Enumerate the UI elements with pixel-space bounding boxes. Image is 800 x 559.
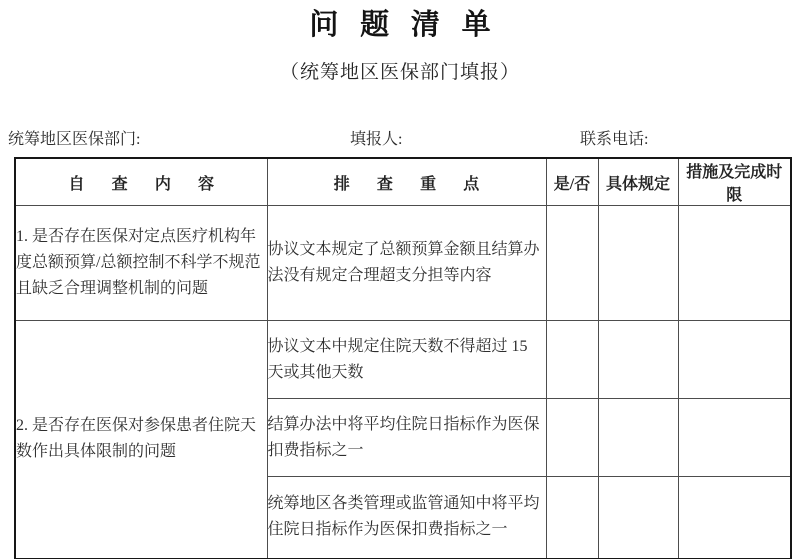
yes-no-cell bbox=[546, 321, 598, 399]
department-field-label: 统筹地区医保部门: bbox=[8, 126, 140, 149]
phone-field-label: 联系电话: bbox=[580, 126, 648, 149]
header-self-check: 自查内容 bbox=[15, 158, 267, 206]
yes-no-cell bbox=[546, 399, 598, 477]
regulation-cell bbox=[598, 477, 678, 559]
key-point-cell-2c: 统筹地区各类管理或监管通知中将平均住院日指标作为医保扣费指标之一 bbox=[267, 477, 546, 559]
page-subtitle: （统筹地区医保部门填报） bbox=[0, 57, 800, 84]
header-self-check-text: 自查内容 bbox=[68, 176, 241, 193]
yes-no-cell bbox=[546, 206, 598, 321]
header-key-points-text: 排查重点 bbox=[334, 176, 507, 193]
key-point-cell-1a: 协议文本规定了总额预算金额且结算办法没有规定合理超支分担等内容 bbox=[267, 206, 546, 321]
table-header-row: 自查内容 排查重点 是/否 具体规定 措施及完成时限 bbox=[15, 158, 791, 206]
header-yes-no: 是/否 bbox=[546, 158, 598, 206]
key-point-cell-2b: 结算办法中将平均住院日指标作为医保扣费指标之一 bbox=[267, 399, 546, 477]
regulation-cell bbox=[598, 399, 678, 477]
filler-field-label: 填报人: bbox=[350, 126, 402, 149]
table-row: 2. 是否存在医保对参保患者住院天数作出具体限制的问题 协议文本中规定住院天数不… bbox=[15, 321, 791, 399]
measures-cell bbox=[678, 206, 791, 321]
key-point-cell-2a: 协议文本中规定住院天数不得超过 15 天或其他天数 bbox=[267, 321, 546, 399]
header-regulation: 具体规定 bbox=[598, 158, 678, 206]
page-title-text: 问题清单 bbox=[309, 9, 512, 41]
regulation-cell bbox=[598, 206, 678, 321]
header-measures: 措施及完成时限 bbox=[678, 158, 791, 206]
self-check-cell-1: 1. 是否存在医保对定点医疗机构年度总额预算/总额控制不科学不规范且缺乏合理调整… bbox=[15, 206, 267, 321]
yes-no-cell bbox=[546, 477, 598, 559]
measures-cell bbox=[678, 477, 791, 559]
table-row: 1. 是否存在医保对定点医疗机构年度总额预算/总额控制不科学不规范且缺乏合理调整… bbox=[15, 206, 791, 321]
regulation-cell bbox=[598, 321, 678, 399]
header-key-points: 排查重点 bbox=[267, 158, 546, 206]
measures-cell bbox=[678, 399, 791, 477]
form-fields-row: 统筹地区医保部门: 填报人: 联系电话: bbox=[0, 126, 800, 148]
measures-cell bbox=[678, 321, 791, 399]
problem-checklist-table: 自查内容 排查重点 是/否 具体规定 措施及完成时限 1. 是否存在医保对定点医… bbox=[14, 157, 792, 559]
page-title: 问题清单 bbox=[0, 2, 800, 43]
self-check-cell-2: 2. 是否存在医保对参保患者住院天数作出具体限制的问题 bbox=[15, 321, 267, 559]
